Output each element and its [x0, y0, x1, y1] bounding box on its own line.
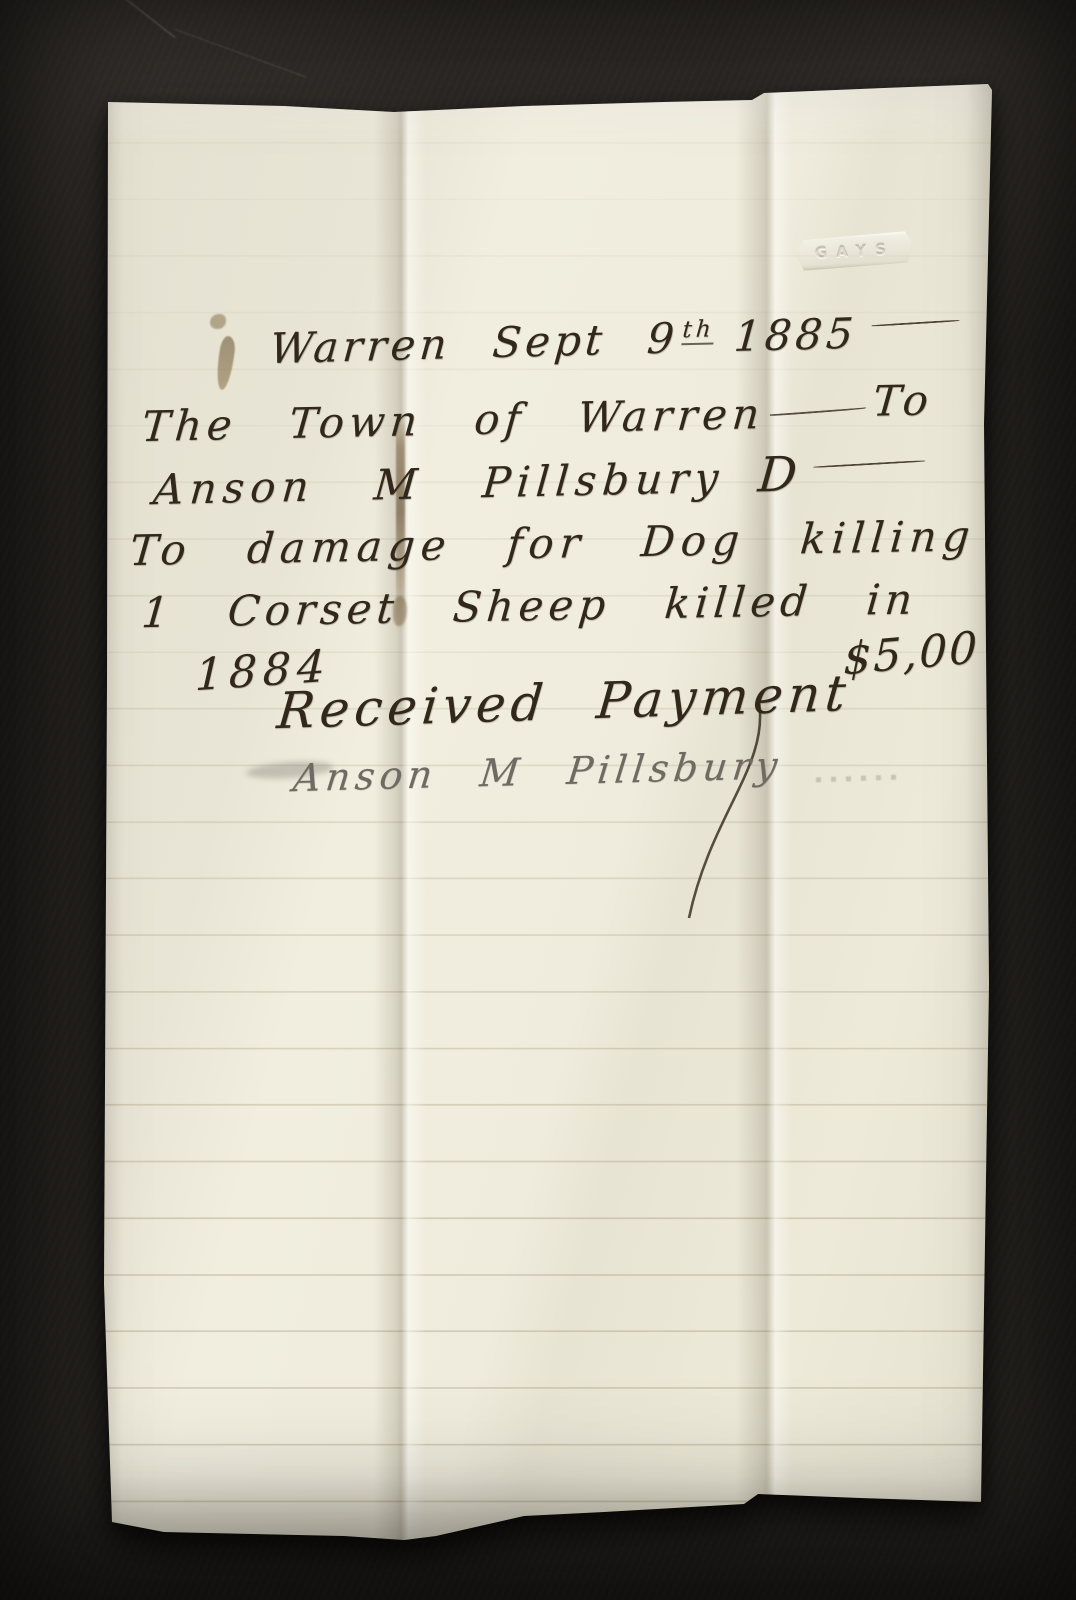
handwriting-debtor-line: Anson M PillsburyD	[151, 444, 927, 516]
handwriting-amount: $5,00	[843, 622, 979, 685]
paper-edge-shading	[104, 84, 992, 1546]
flourish-connector	[770, 407, 866, 416]
ink-blot	[214, 335, 236, 391]
embossed-stamp: GAYS	[795, 231, 915, 271]
ruled-lines	[104, 84, 992, 1546]
debtor-name-text: Anson M Pillsbury	[151, 453, 726, 514]
amount-text: $5,00	[843, 622, 979, 685]
embossed-stamp-text: GAYS	[815, 240, 896, 262]
charge-text-2: 1 Corset Sheep killed in	[140, 574, 919, 637]
stray-pencil-marks	[816, 775, 898, 783]
debtor-mark-text: D	[756, 446, 805, 503]
handwriting-billto-line: The Town of WarrenTo	[140, 385, 934, 451]
ink-blot	[210, 314, 226, 329]
year-text: 1885	[732, 309, 859, 361]
month-day-text: Sept 9	[491, 313, 680, 367]
handwriting-charge-line-1: To damage for Dog killing	[128, 511, 978, 575]
fold-crease-left	[374, 84, 426, 1546]
signature-text: Anson M Pillsbury	[291, 743, 785, 800]
paper-shadow-wrap: GAYS WarrenSept 9th1885 The Town of Warr…	[0, 0, 1076, 1600]
place-text: Warren	[268, 319, 452, 373]
receipt-paper: GAYS WarrenSept 9th1885 The Town of Warr…	[104, 84, 992, 1546]
billto-text: The Town of Warren	[140, 389, 766, 451]
charge-text-1: To damage for Dog killing	[128, 511, 978, 575]
handwriting-date-line: WarrenSept 9th1885	[268, 306, 961, 373]
handwriting-signature: Anson M Pillsbury	[291, 743, 785, 800]
flourish-dash	[813, 460, 925, 468]
flourish-dash	[872, 319, 960, 326]
to-text: To	[871, 375, 935, 425]
photo-background: GAYS WarrenSept 9th1885 The Town of Warr…	[0, 0, 1076, 1600]
handwriting-charge-line-2: 1 Corset Sheep killed in	[140, 574, 919, 637]
ordinal-suffix: th	[681, 316, 715, 345]
fold-crease-right	[736, 84, 792, 1546]
